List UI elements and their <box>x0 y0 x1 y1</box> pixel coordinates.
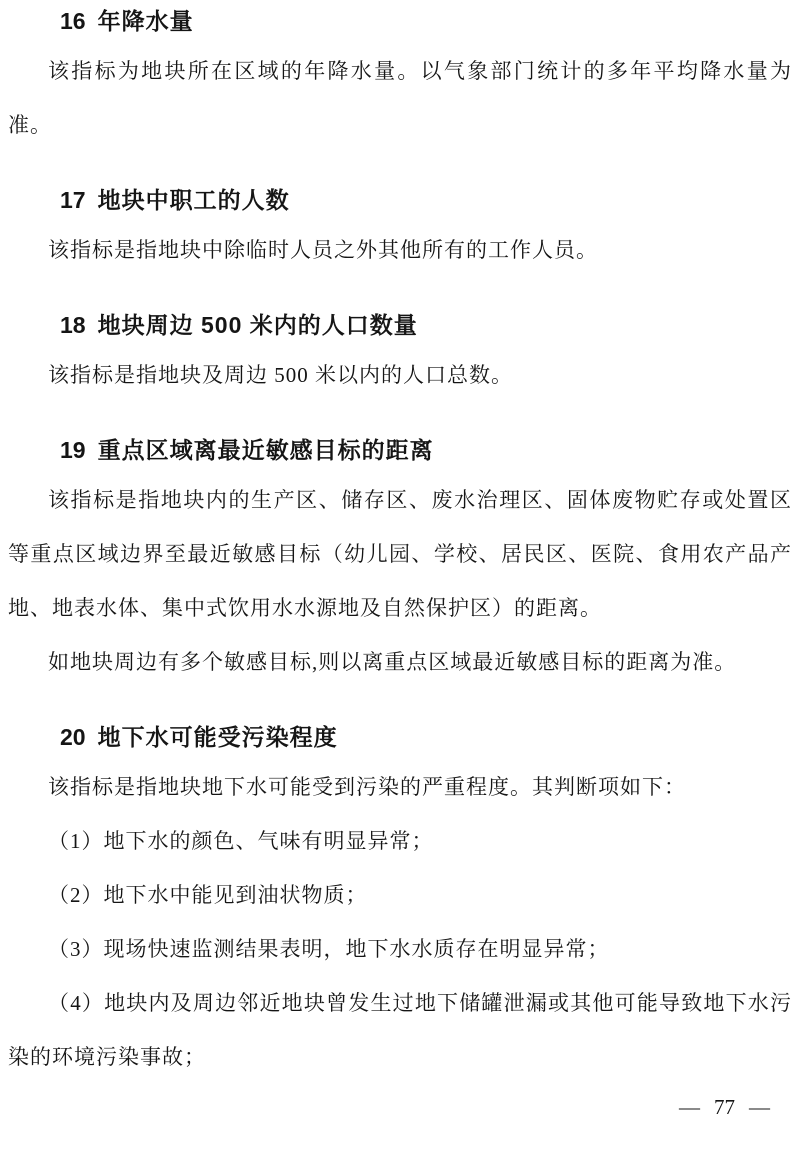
section-17: 17地块中职工的人数 该指标是指地块中除临时人员之外其他所有的工作人员。 <box>8 185 792 277</box>
section-number: 17 <box>60 185 86 215</box>
section-title: 地块中职工的人数 <box>98 187 290 213</box>
section-paragraph: 该指标是指地块中除临时人员之外其他所有的工作人员。 <box>8 223 792 277</box>
section-paragraph: 该指标是指地块及周边 500 米以内的人口总数。 <box>8 348 792 402</box>
section-title: 重点区域离最近敏感目标的距离 <box>98 437 434 463</box>
list-item-2: （2）地下水中能见到油状物质； <box>8 868 792 922</box>
section-number: 19 <box>60 435 86 465</box>
section-18: 18地块周边 500 米内的人口数量 该指标是指地块及周边 500 米以内的人口… <box>8 310 792 402</box>
section-paragraph: 该指标是指地块内的生产区、储存区、废水治理区、固体废物贮存或处置区等重点区域边界… <box>8 473 792 635</box>
section-title: 地下水可能受污染程度 <box>98 724 338 750</box>
section-20: 20地下水可能受污染程度 该指标是指地块地下水可能受到污染的严重程度。其判断项如… <box>8 722 792 1084</box>
section-title: 年降水量 <box>98 8 194 34</box>
page-number: 77 <box>714 1092 735 1122</box>
list-item-1: （1）地下水的颜色、气味有明显异常； <box>8 814 792 868</box>
section-title: 地块周边 500 米内的人口数量 <box>98 312 418 338</box>
section-heading: 16年降水量 <box>8 6 792 36</box>
section-heading: 17地块中职工的人数 <box>8 185 792 215</box>
section-paragraph: 该指标是指地块地下水可能受到污染的严重程度。其判断项如下： <box>8 760 792 814</box>
section-paragraph: 该指标为地块所在区域的年降水量。以气象部门统计的多年平均降水量为准。 <box>8 44 792 152</box>
list-item-4: （4）地块内及周边邻近地块曾发生过地下储罐泄漏或其他可能导致地下水污染的环境污染… <box>8 976 792 1084</box>
section-heading: 18地块周边 500 米内的人口数量 <box>8 310 792 340</box>
section-heading: 19重点区域离最近敏感目标的距离 <box>8 435 792 465</box>
page-footer: —77— <box>8 1092 792 1122</box>
list-item-3: （3）现场快速监测结果表明，地下水水质存在明显异常； <box>8 922 792 976</box>
section-number: 16 <box>60 6 86 36</box>
section-19: 19重点区域离最近敏感目标的距离 该指标是指地块内的生产区、储存区、废水治理区、… <box>8 435 792 689</box>
section-paragraph: 如地块周边有多个敏感目标,则以离重点区域最近敏感目标的距离为准。 <box>8 635 792 689</box>
document-page: 16年降水量 该指标为地块所在区域的年降水量。以气象部门统计的多年平均降水量为准… <box>0 0 800 1176</box>
footer-left-dash: — <box>679 1095 700 1119</box>
section-number: 18 <box>60 310 86 340</box>
section-16: 16年降水量 该指标为地块所在区域的年降水量。以气象部门统计的多年平均降水量为准… <box>8 6 792 152</box>
footer-right-dash: — <box>749 1095 770 1119</box>
section-heading: 20地下水可能受污染程度 <box>8 722 792 752</box>
section-number: 20 <box>60 722 86 752</box>
